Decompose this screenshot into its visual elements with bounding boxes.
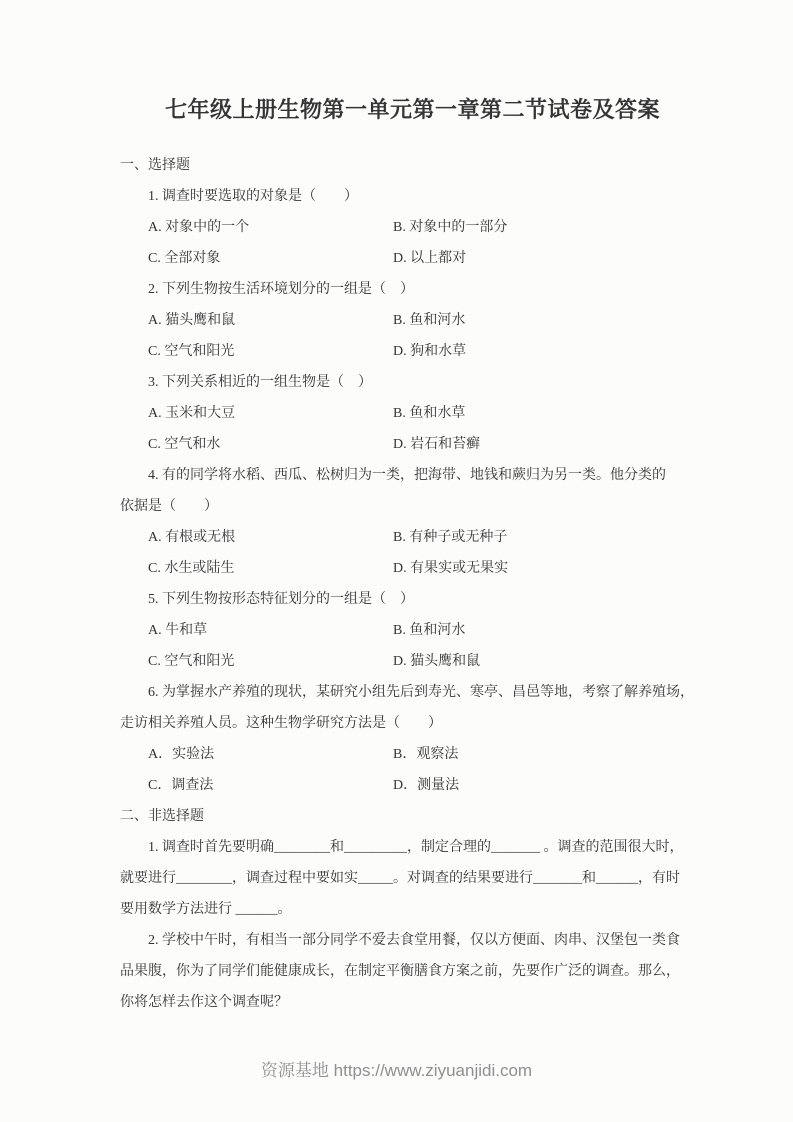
question-stem-line: 依据是（ ） [120,491,705,522]
question-text-line: 2. 学校中午时，有相当一部分同学不爱去食堂用餐，仅以方便面、肉串、汉堡包一类食 [120,925,705,956]
option-b: B．观察法 [393,739,705,770]
footer-site-name: 资源基地 [261,1061,329,1080]
option-c: C．调查法 [148,770,393,801]
section2-questions: 1. 调查时首先要明确________和_________，制定合理的_____… [120,832,705,1018]
option-a: A. 玉米和大豆 [148,398,393,429]
page-footer: 资源基地 https://www.ziyuanjidi.com [0,1058,793,1084]
question-text-line: 要用数学方法进行 ______。 [120,894,705,925]
options-grid: A. 玉米和大豆 B. 鱼和水草 C. 空气和水 D. 岩石和苔癣 [120,398,705,460]
question-paragraph: 2. 学校中午时，有相当一部分同学不爱去食堂用餐，仅以方便面、肉串、汉堡包一类食… [120,925,705,1018]
option-b: B. 对象中的一部分 [393,212,705,243]
question-text-line: 你将怎样去作这个调查呢？ [120,987,705,1018]
option-b: B. 有种子或无种子 [393,522,705,553]
option-c: C. 水生或陆生 [148,553,393,584]
section1-questions: 1. 调查时要选取的对象是（ ） A. 对象中的一个 B. 对象中的一部分 C.… [120,181,705,801]
footer-url: https://www.ziyuanjidi.com [334,1061,532,1080]
option-d: D. 猫头鹰和鼠 [393,646,705,677]
options-grid: A. 牛和草 B. 鱼和河水 C. 空气和阳光 D. 猫头鹰和鼠 [120,615,705,677]
section1-heading: 一、选择题 [120,150,705,181]
question-stem-line: 3. 下列关系相近的一组生物是（ ） [120,367,705,398]
option-a: A. 有根或无根 [148,522,393,553]
option-a: A. 牛和草 [148,615,393,646]
question-text-line: 1. 调查时首先要明确________和_________，制定合理的_____… [120,832,705,863]
exam-paper-page: 七年级上册生物第一单元第一章第二节试卷及答案 一、选择题 1. 调查时要选取的对… [0,0,793,1122]
option-c: C. 空气和阳光 [148,646,393,677]
option-b: B. 鱼和水草 [393,398,705,429]
question-stem-line: 走访相关养殖人员。这种生物学研究方法是（ ） [120,708,705,739]
question-stem-line: 6. 为掌握水产养殖的现状，某研究小组先后到寿光、寒亭、昌邑等地，考察了解养殖场… [120,677,705,708]
option-c: C. 全部对象 [148,243,393,274]
option-a: A. 猫头鹰和鼠 [148,305,393,336]
question-block: 1. 调查时要选取的对象是（ ） A. 对象中的一个 B. 对象中的一部分 C.… [120,181,705,274]
option-a: A. 对象中的一个 [148,212,393,243]
question-stem: 5. 下列生物按形态特征划分的一组是（ ） [120,584,705,615]
option-c: C. 空气和水 [148,429,393,460]
question-stem: 4. 有的同学将水稻、西瓜、松树归为一类，把海带、地钱和蕨归为另一类。他分类的依… [120,460,705,522]
question-stem-line: 5. 下列生物按形态特征划分的一组是（ ） [120,584,705,615]
options-grid: A. 有根或无根 B. 有种子或无种子 C. 水生或陆生 D. 有果实或无果实 [120,522,705,584]
option-d: D. 以上都对 [393,243,705,274]
question-block: 2. 下列生物按生活环境划分的一组是（ ） A. 猫头鹰和鼠 B. 鱼和河水 C… [120,274,705,367]
question-block: 3. 下列关系相近的一组生物是（ ） A. 玉米和大豆 B. 鱼和水草 C. 空… [120,367,705,460]
option-b: B. 鱼和河水 [393,305,705,336]
question-stem: 6. 为掌握水产养殖的现状，某研究小组先后到寿光、寒亭、昌邑等地，考察了解养殖场… [120,677,705,739]
option-c: C. 空气和阳光 [148,336,393,367]
option-d: D．测量法 [393,770,705,801]
question-stem-line: 2. 下列生物按生活环境划分的一组是（ ） [120,274,705,305]
page-content: 七年级上册生物第一单元第一章第二节试卷及答案 一、选择题 1. 调查时要选取的对… [0,0,793,1018]
question-text-line: 品果腹，你为了同学们能健康成长，在制定平衡膳食方案之前，先要作广泛的调查。那么， [120,956,705,987]
question-paragraph: 1. 调查时首先要明确________和_________，制定合理的_____… [120,832,705,925]
question-stem: 3. 下列关系相近的一组生物是（ ） [120,367,705,398]
question-stem: 1. 调查时要选取的对象是（ ） [120,181,705,212]
question-block: 5. 下列生物按形态特征划分的一组是（ ） A. 牛和草 B. 鱼和河水 C. … [120,584,705,677]
option-a: A．实验法 [148,739,393,770]
question-stem-line: 4. 有的同学将水稻、西瓜、松树归为一类，把海带、地钱和蕨归为另一类。他分类的 [120,460,705,491]
page-title: 七年级上册生物第一单元第一章第二节试卷及答案 [120,92,705,128]
question-stem: 2. 下列生物按生活环境划分的一组是（ ） [120,274,705,305]
option-b: B. 鱼和河水 [393,615,705,646]
footer-link[interactable]: 资源基地 https://www.ziyuanjidi.com [261,1061,532,1080]
options-grid: A．实验法 B．观察法 C．调查法 D．测量法 [120,739,705,801]
question-block: 4. 有的同学将水稻、西瓜、松树归为一类，把海带、地钱和蕨归为另一类。他分类的依… [120,460,705,584]
options-grid: A. 猫头鹰和鼠 B. 鱼和河水 C. 空气和阳光 D. 狗和水草 [120,305,705,367]
option-d: D. 有果实或无果实 [393,553,705,584]
options-grid: A. 对象中的一个 B. 对象中的一部分 C. 全部对象 D. 以上都对 [120,212,705,274]
option-d: D. 狗和水草 [393,336,705,367]
option-d: D. 岩石和苔癣 [393,429,705,460]
question-text-line: 就要进行________，调查过程中要如实_____。对调查的结果要进行____… [120,863,705,894]
section2-heading: 二、非选择题 [120,801,705,832]
question-stem-line: 1. 调查时要选取的对象是（ ） [120,181,705,212]
question-block: 6. 为掌握水产养殖的现状，某研究小组先后到寿光、寒亭、昌邑等地，考察了解养殖场… [120,677,705,801]
